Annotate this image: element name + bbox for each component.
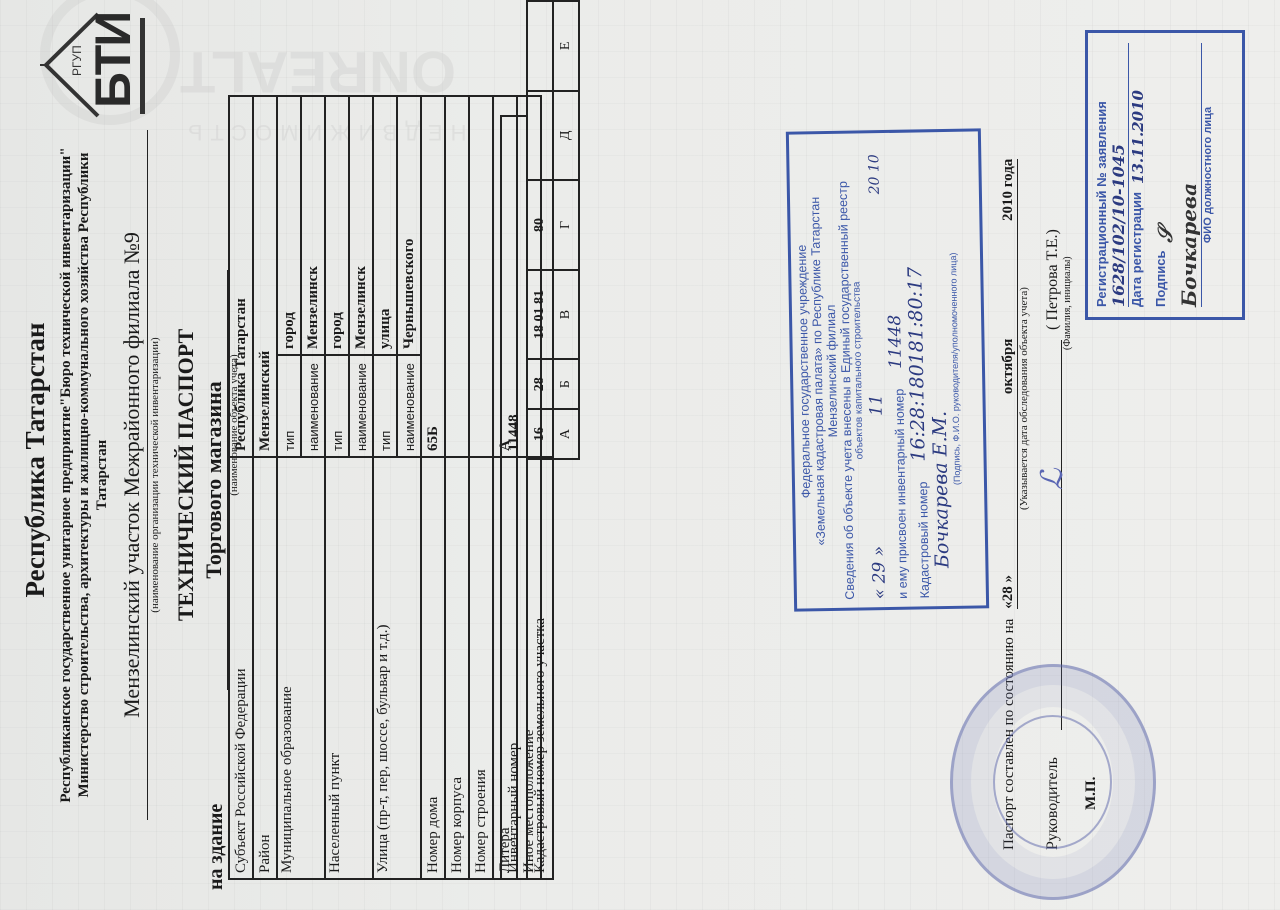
object-type-label: на здание [205,690,228,910]
table-row: Номер корпуса [445,96,469,879]
object-name: Торгового магазина [201,270,228,690]
cadastral-letter: Г [553,180,579,270]
stamp-day: « 29 » [869,546,890,600]
sub-value: город [277,96,301,355]
sub-type: тип [373,355,397,457]
table-row: Инвентарный номер 11448 [501,116,527,879]
row-label: Номер корпуса [445,457,469,879]
cadastral-part [527,1,553,91]
stamp-month: 11 [866,394,886,416]
row-label: Населенный пункт [325,457,373,879]
republic-title: Республика Татарстан [20,130,51,790]
row-value: 65Б [421,96,445,457]
branch-caption: (наименование организации технической ин… [149,130,161,820]
cadastral-values-row: 16 28 18 01 81 80 [527,1,553,459]
branch-name: Мензелинский участок Межрайонного филиал… [119,130,148,820]
cadastral-part: 16 [527,409,553,459]
sub-type: наименование [301,355,325,457]
cadastral-part: 18 01 81 [527,270,553,360]
head-signature: ℒ [1035,468,1070,490]
cadastral-part: 28 [527,359,553,409]
sub-value: Мензелинск [349,96,373,355]
sign-label: Подпись [1153,251,1177,307]
cadastral-letters-row: А Б В Г Д Е [553,1,579,459]
cadastral-number-table: 16 28 18 01 81 80 А Б В Г Д Е [526,0,580,460]
table-row: Населенный пункт тип город [325,96,349,879]
cadastral-label: Кадастровый номер земельного участка [527,457,553,879]
sub-value: город [325,96,349,355]
sub-value: Мензелинск [301,96,325,355]
head-name: ( Петрова Т.Е.) [1044,229,1062,330]
table-row: Номер строения [469,96,493,879]
fio-label: ФИО должностного лица [1202,43,1214,307]
reg-date-value: 13.11.2010 [1129,90,1147,184]
row-label: Улица (пр-т, пер, шоссе, бульвар и т.д.) [373,457,421,879]
sub-type: тип [277,355,301,457]
cadastral-chamber-stamp: Федеральное государственное учреждение «… [786,128,989,611]
sub-value: улица [373,96,397,355]
row-value [469,96,493,457]
inventory-label: Инвентарный номер [501,457,527,879]
logo-small-text: РГУП [70,45,84,76]
row-label: Номер строения [469,457,493,879]
logo-baseline [140,18,145,114]
cadastral-letter: Е [553,1,579,91]
stamp-cad-value: 16:28:180181:80:17 [904,267,929,462]
inventory-number: 11448 [501,116,527,457]
address-table: Субъект Российской Федерации Республика … [228,95,542,880]
table-row: Муниципальное образование тип город [277,96,301,879]
row-label: Субъект Российской Федерации [229,457,253,879]
reg-number-label: Регистрационный № заявления [1094,43,1109,307]
row-value: Республика Татарстан [229,96,253,457]
head-caption: (Фамилия, инициалы) [1062,50,1073,350]
row-label: Район [253,457,277,879]
cadastral-part: 80 [527,180,553,270]
sign-scribble: 𝒮 [1153,227,1177,242]
cadastral-letter: Д [553,91,579,181]
technical-passport-page: ONREALT НЕДВИЖИМОСТЬ РГУП БТИ Республика… [0,0,1280,910]
row-value: Мензелинский [253,96,277,457]
sub-type: наименование [397,355,421,457]
table-row: Субъект Российской Федерации Республика … [229,96,253,879]
stamp-year: 20 10 [866,154,883,194]
sub-type: наименование [349,355,373,457]
table-row: Номер дома 65Б [421,96,445,879]
compiled-day: «28 » [1000,519,1018,609]
row-value [445,96,469,457]
application-registration-stamp: Регистрационный № заявления 1628/102/10-… [1085,30,1245,320]
document-photo: ONREALT НЕДВИЖИМОСТЬ РГУП БТИ Республика… [0,0,1280,910]
reg-date-label: Дата регистрации [1129,192,1147,307]
compiled-month: октября [1000,339,1018,519]
cadastral-letter: А [553,409,579,459]
date-caption: (Указывается дата обследования объекта у… [1018,50,1030,510]
logo-main-text: БТИ [88,13,138,108]
bti-logo: РГУП БТИ [40,10,140,120]
fio-value: Бочкарева [1177,43,1202,307]
stamp-inv-value: 11448 [885,315,906,369]
table-row: Район Мензелинский [253,96,277,879]
document-header: Республика Татарстан Республиканское гос… [20,130,240,910]
sub-value: Чернышевского [397,96,421,355]
organization-name: Республиканское государственное унитарно… [57,130,111,820]
row-label: Муниципальное образование [277,457,325,879]
round-seal [950,664,1156,900]
row-label: Номер дома [421,457,445,879]
document-title: ТЕХНИЧЕСКИЙ ПАСПОРТ [173,130,199,820]
reg-number-value: 1628/102/10-1045 [1109,43,1129,307]
cadastral-letter: Б [553,359,579,409]
cadastral-part [527,91,553,181]
table-row: Улица (пр-т, пер, шоссе, бульвар и т.д.)… [373,96,397,879]
cadastral-letter: В [553,270,579,360]
sub-type: тип [325,355,349,457]
compiled-year: 2010 года [1000,159,1018,339]
